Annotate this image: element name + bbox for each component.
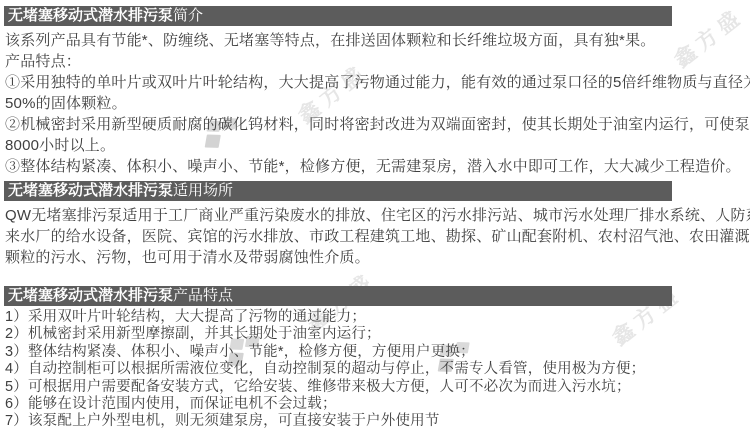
text-line: 该系列产品具有节能*、防缠绕、无堵塞等特点，在排送固体颗粒和长纤维垃圾方面，具有… bbox=[5, 30, 746, 51]
text-line: ③整体结构紧凑、体积小、噪声小、节能*，检修方便，无需建泵房，潜入水中即可工作，… bbox=[5, 156, 746, 177]
section-body: QW无堵塞排污泵适用于工厂商业严重污染废水的排放、住宅区的污水排污站、城市污水处… bbox=[4, 205, 746, 268]
section-intro: 无堵塞移动式潜水排污泵简介 该系列产品具有节能*、防缠绕、无堵塞等特点，在排送固… bbox=[4, 6, 746, 177]
product-description-page: 鑫方盛 鑫方盛 鑫方盛 鑫方盛 无堵塞移动式潜水排污泵简介 该系列产品具有节能*… bbox=[0, 0, 750, 441]
text-line: 5）可根据用户需要配备安装方式，它给安装、维修带来极大方便，人可不必次为而进入污… bbox=[5, 379, 746, 396]
section-heading-bold: 无堵塞移动式潜水排污泵 bbox=[8, 287, 173, 304]
section-applications: 无堵塞移动式潜水排污泵适用场所 QW无堵塞排污泵适用于工厂商业严重污染废水的排放… bbox=[4, 181, 746, 268]
text-line: ②机械密封采用新型硬质耐腐的碳化钨材料，同时将密封改进为双端面密封，使其长期处于… bbox=[5, 114, 746, 135]
section-body: 1）采用双叶片叶轮结构，大大提高了污物的通过能力；2）机械密封采用新型摩擦副，并… bbox=[4, 309, 746, 431]
section-heading-bar: 无堵塞移动式潜水排污泵简介 bbox=[4, 6, 672, 26]
text-line: 6）能够在设计范围内使用，而保证电机不会过载； bbox=[5, 396, 746, 413]
text-line: 颗粒的污水、污物，也可用于清水及带弱腐蚀性介质。 bbox=[5, 247, 746, 268]
section-heading-bar: 无堵塞移动式潜水排污泵适用场所 bbox=[4, 181, 672, 201]
text-line: 7）该泵配上户外型电机，则无须建泵房，可直接安装于户外使用节 bbox=[5, 413, 746, 430]
text-line: 来水厂的给水设备，医院、宾馆的污水排放、市政工程建筑工地、勘探、矿山配套附机、农… bbox=[5, 226, 746, 247]
text-line: 50%的固体颗粒。 bbox=[5, 93, 746, 114]
section-heading-rest: 适用场所 bbox=[173, 182, 233, 199]
text-line: ①采用独特的单叶片或双叶片叶轮结构，大大提高了污物通过能力，能有效的通过泵口径的… bbox=[5, 72, 746, 93]
section-heading-bar: 无堵塞移动式潜水排污泵产品特点 bbox=[4, 286, 672, 306]
text-line: 3）整体结构紧凑、体积小、噪声小、节能*，检修方便，方便用户更换； bbox=[5, 344, 746, 361]
section-heading-rest: 简介 bbox=[173, 7, 203, 24]
text-line: 4）自动控制柜可以根据所需液位变化，自动控制泵的超动与停止，不需专人看管，使用极… bbox=[5, 361, 746, 378]
text-line: 8000小时以上。 bbox=[5, 135, 746, 156]
text-line: 1）采用双叶片叶轮结构，大大提高了污物的通过能力； bbox=[5, 309, 746, 326]
text-line: 2）机械密封采用新型摩擦副，并其长期处于油室内运行； bbox=[5, 326, 746, 343]
section-heading-bold: 无堵塞移动式潜水排污泵 bbox=[8, 7, 173, 24]
text-line: 产品特点： bbox=[5, 51, 746, 72]
section-body: 该系列产品具有节能*、防缠绕、无堵塞等特点，在排送固体颗粒和长纤维垃圾方面，具有… bbox=[4, 30, 746, 177]
section-features: 无堵塞移动式潜水排污泵产品特点 1）采用双叶片叶轮结构，大大提高了污物的通过能力… bbox=[4, 286, 746, 431]
section-heading-bold: 无堵塞移动式潜水排污泵 bbox=[8, 182, 173, 199]
section-heading-rest: 产品特点 bbox=[173, 287, 233, 304]
text-line: QW无堵塞排污泵适用于工厂商业严重污染废水的排放、住宅区的污水排污站、城市污水处… bbox=[5, 205, 746, 226]
